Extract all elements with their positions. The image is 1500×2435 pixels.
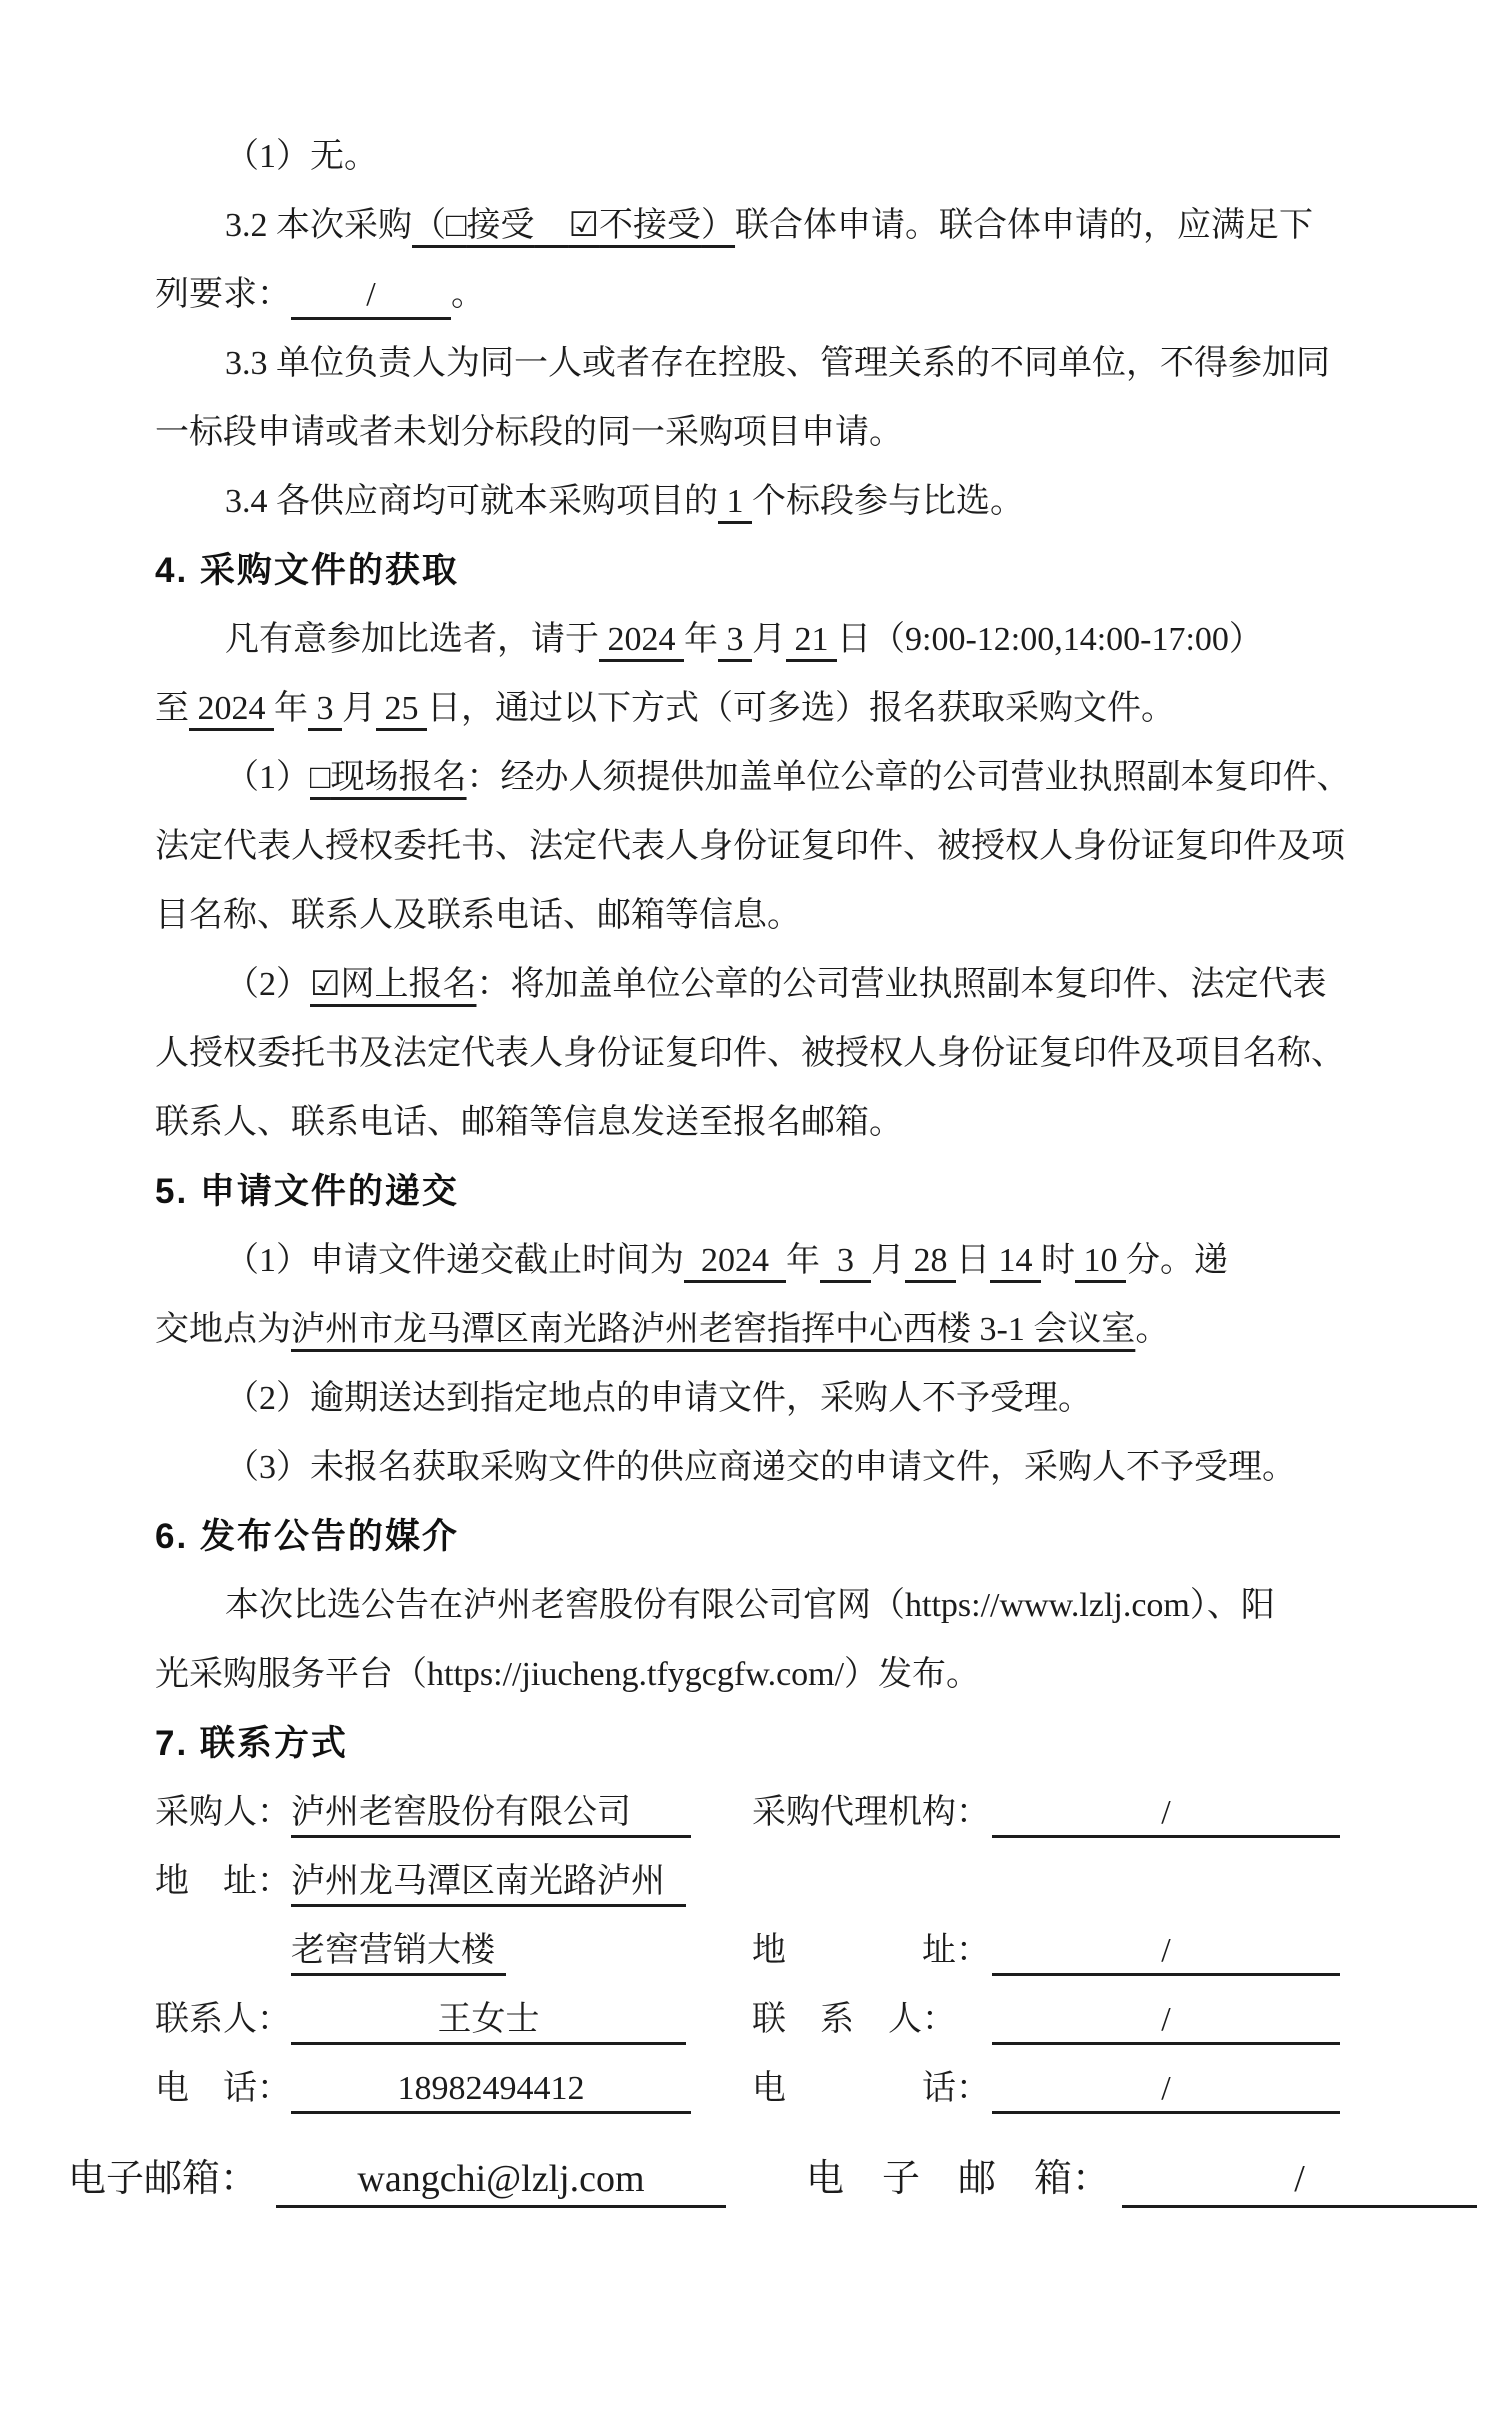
section-5-heading: 5. 申请文件的递交 (155, 1157, 1415, 1226)
reg-method-1-line-3: 目名称、联系人及联系电话、邮箱等信息。 (155, 881, 1415, 950)
agency-address-blank: / (992, 1931, 1340, 1976)
buyer-email-label: 电子邮箱： (68, 2158, 258, 2200)
text-run: （1）无。 (225, 138, 378, 175)
agency-name-blank: / (992, 1793, 1340, 1838)
buyer-name-value: 泸州老窖股份有限公司 (291, 1793, 691, 1838)
buyer-email-value: wangchi@lzlj.com (276, 2158, 726, 2208)
clause-3-2-line-2: 列要求：/。 (155, 260, 1415, 329)
registration-start-year: 2024 (599, 621, 684, 658)
heading-text: 6. 发布公告的媒介 (155, 1517, 459, 1556)
text-run: 个标段参与比选。 (752, 483, 1024, 520)
text-run: （1）申请文件递交截止时间为 (225, 1242, 684, 1279)
section-5-item-3: （3）未报名获取采购文件的供应商递交的申请文件，采购人不予受理。 (155, 1433, 1415, 1502)
contact-person-row: 联系人：王女士联 系 人：/ (155, 1985, 1415, 2054)
checkbox-unchecked-icon: □ (446, 207, 467, 244)
text-run: 。 (451, 276, 485, 313)
reg-method-2-line-1: （2）☑网上报名：将加盖单位公章的公司营业执照副本复印件、法定代表 (155, 950, 1415, 1019)
heading-text: 5. 申请文件的递交 (155, 1172, 459, 1211)
text-run: 月 (752, 621, 786, 658)
buyer-address-value-line2: 老窖营销大楼 (291, 1931, 506, 1976)
text-run: 列要求： (155, 276, 291, 313)
submission-location-value: 泸州市龙马潭区南光路泸州老窖指挥中心西楼 3-1 会议室 (291, 1311, 1135, 1348)
section-6-heading: 6. 发布公告的媒介 (155, 1502, 1415, 1571)
text-run: 人授权委托书及法定代表人身份证复印件、被授权人身份证复印件及项目名称、 (155, 1035, 1345, 1072)
registration-end-year: 2024 (189, 690, 274, 727)
buyer-address-label: 地 址： (155, 1863, 291, 1900)
announcement-media-line-1: 本次比选公告在泸州老窖股份有限公司官网（https://www.lzlj.com… (155, 1571, 1415, 1640)
reg-method-2-line-2: 人授权委托书及法定代表人身份证复印件、被授权人身份证复印件及项目名称、 (155, 1019, 1415, 1088)
text-run: 交地点为 (155, 1311, 291, 1348)
contact-buyer-address-row-1: 地 址：泸州龙马潭区南光路泸州 (155, 1847, 1415, 1916)
section-4-heading: 4. 采购文件的获取 (155, 536, 1415, 605)
agency-email-cell: 电 子 邮 箱：/ (806, 2141, 1477, 2217)
section-4-para-line-1: 凡有意参加比选者，请于 2024 年 3 月 21 日（9:00-12:00,1… (155, 605, 1415, 674)
checkbox-checked-icon: ☑ (310, 966, 340, 1003)
buyer-contact-value: 王女士 (291, 2000, 686, 2045)
text-run: 日，通过以下方式（可多选）报名获取采购文件。 (427, 690, 1175, 727)
text-run: 年 (274, 690, 308, 727)
agency-address-label: 地 址： (752, 1916, 992, 1985)
text-run: （3）未报名获取采购文件的供应商递交的申请文件，采购人不予受理。 (225, 1449, 1296, 1486)
text-run: （ (412, 207, 446, 244)
deadline-day: 28 (905, 1242, 956, 1279)
agency-contact-label: 联 系 人： (752, 1985, 992, 2054)
clause-3-2-line-1: 3.2 本次采购（□接受 ☑不接受）联合体申请。联合体申请的，应满足下 (155, 191, 1415, 260)
accept-option-label: 接受 (467, 207, 535, 244)
text-run: 分。递 (1126, 1242, 1228, 1279)
deadline-hour: 14 (990, 1242, 1041, 1279)
online-registration-label: 网上报名 (340, 966, 476, 1003)
buyer-address-value-line1: 泸州龙马潭区南光路泸州 (291, 1862, 686, 1907)
registration-end-month: 3 (308, 690, 342, 727)
deadline-month: 3 (820, 1242, 871, 1279)
consortium-choice-field: （□接受 ☑不接受） (412, 207, 735, 244)
text-run: 。 (1135, 1311, 1169, 1348)
text-run: ：将加盖单位公章的公司营业执照副本复印件、法定代表 (476, 966, 1326, 1003)
submission-deadline-line-1: （1）申请文件递交截止时间为 2024 年 3 月 28 日 14 时 10 分… (155, 1226, 1415, 1295)
procurement-notice-page: （1）无。 3.2 本次采购（□接受 ☑不接受）联合体申请。联合体申请的，应满足… (0, 0, 1500, 2435)
reg-method-1-line-2: 法定代表人授权委托书、法定代表人身份证复印件、被授权人身份证复印件及项 (155, 812, 1415, 881)
agency-phone-cell: 电 话：/ (752, 2054, 1340, 2123)
contact-buyer-name-row: 采购人：泸州老窖股份有限公司采购代理机构：/ (155, 1778, 1415, 1847)
checkbox-checked-icon: ☑ (569, 207, 599, 244)
online-registration-option: ☑网上报名 (310, 966, 476, 1003)
onsite-registration-label: 现场报名 (331, 759, 467, 796)
agency-phone-label: 电 话： (752, 2054, 992, 2123)
section-4-para-line-2: 至 2024 年 3 月 25 日，通过以下方式（可多选）报名获取采购文件。 (155, 674, 1415, 743)
onsite-registration-option: □现场报名 (310, 759, 467, 796)
text-run: 月 (871, 1242, 905, 1279)
text-run: 3.2 本次采购 (225, 207, 412, 244)
deadline-year: 2024 (684, 1242, 786, 1279)
text-run: 至 (155, 690, 189, 727)
text-run (535, 207, 569, 244)
text-run: 光采购服务平台（https://jiucheng.tfygcgfw.com/）发… (155, 1656, 980, 1693)
agency-email-blank: / (1122, 2158, 1477, 2208)
text-run: （2）逾期送达到指定地点的申请文件，采购人不予受理。 (225, 1380, 1092, 1417)
text-run: 年 (684, 621, 718, 658)
agency-contact-blank: / (992, 2000, 1340, 2045)
contact-phone-row: 电 话：18982494412电 话：/ (155, 2054, 1415, 2123)
submission-deadline-line-2: 交地点为泸州市龙马潭区南光路泸州老窖指挥中心西楼 3-1 会议室。 (155, 1295, 1415, 1364)
contact-email-row: 电子邮箱：wangchi@lzlj.com电 子 邮 箱：/ (68, 2141, 1415, 2217)
text-run: 本次比选公告在泸州老窖股份有限公司官网（https://www.lzlj.com… (225, 1587, 1275, 1624)
clause-3-1-item-1: （1）无。 (155, 122, 1415, 191)
agency-label: 采购代理机构： (752, 1778, 992, 1847)
buyer-contact-label: 联系人： (155, 2001, 291, 2038)
buyer-label: 采购人： (155, 1794, 291, 1831)
text-run: 法定代表人授权委托书、法定代表人身份证复印件、被授权人身份证复印件及项 (155, 828, 1345, 865)
text-run: （1） (225, 759, 310, 796)
registration-start-month: 3 (718, 621, 752, 658)
text-run: 日（9:00-12:00,14:00-17:00） (837, 621, 1263, 658)
reg-method-2-line-3: 联系人、联系电话、邮箱等信息发送至报名邮箱。 (155, 1088, 1415, 1157)
buyer-phone-value: 18982494412 (291, 2069, 691, 2114)
section-5-item-2: （2）逾期送达到指定地点的申请文件，采购人不予受理。 (155, 1364, 1415, 1433)
text-run: 凡有意参加比选者，请于 (225, 621, 599, 658)
text-run: 目名称、联系人及联系电话、邮箱等信息。 (155, 897, 801, 934)
reject-option-label: 不接受 (599, 207, 701, 244)
announcement-media-line-2: 光采购服务平台（https://jiucheng.tfygcgfw.com/）发… (155, 1640, 1415, 1709)
checkbox-unchecked-icon: □ (310, 759, 331, 796)
text-run: 联合体申请。联合体申请的，应满足下 (735, 207, 1313, 244)
agency-address-cell: 地 址：/ (752, 1916, 1340, 1985)
reg-method-1-line-1: （1）□现场报名：经办人须提供加盖单位公章的公司营业执照副本复印件、 (155, 743, 1415, 812)
blank-field-slash: / (291, 275, 451, 320)
text-run: 3.4 各供应商均可就本采购项目的 (225, 483, 718, 520)
heading-text: 4. 采购文件的获取 (155, 551, 459, 590)
clause-3-3-line-1: 3.3 单位负责人为同一人或者存在控股、管理关系的不同单位，不得参加同 (155, 329, 1415, 398)
text-run: 3.3 单位负责人为同一人或者存在控股、管理关系的不同单位，不得参加同 (225, 345, 1330, 382)
text-run: 年 (786, 1242, 820, 1279)
page-content: （1）无。 3.2 本次采购（□接受 ☑不接受）联合体申请。联合体申请的，应满足… (0, 0, 1415, 2217)
text-run: 月 (342, 690, 376, 727)
buyer-phone-label: 电 话： (155, 2070, 291, 2107)
text-run: 时 (1041, 1242, 1075, 1279)
clause-3-3-line-2: 一标段申请或者未划分标段的同一采购项目申请。 (155, 398, 1415, 467)
registration-start-day: 21 (786, 621, 837, 658)
agency-email-label: 电 子 邮 箱： (806, 2158, 1110, 2200)
text-run: 一标段申请或者未划分标段的同一采购项目申请。 (155, 414, 903, 451)
registration-end-day: 25 (376, 690, 427, 727)
clause-3-4: 3.4 各供应商均可就本采购项目的 1 个标段参与比选。 (155, 467, 1415, 536)
agency-name-cell: 采购代理机构：/ (752, 1778, 1340, 1847)
text-run: 日 (956, 1242, 990, 1279)
lot-count-value: 1 (718, 483, 752, 520)
contact-buyer-address-row-2: 老窖营销大楼地 址：/ (155, 1916, 1415, 1985)
text-run: （2） (225, 966, 310, 1003)
text-run: ：经办人须提供加盖单位公章的公司营业执照副本复印件、 (467, 759, 1351, 796)
heading-text: 7. 联系方式 (155, 1724, 348, 1763)
agency-phone-blank: / (992, 2069, 1340, 2114)
text-run: ） (701, 207, 735, 244)
agency-contact-cell: 联 系 人：/ (752, 1985, 1340, 2054)
section-7-heading: 7. 联系方式 (155, 1709, 1415, 1778)
deadline-minute: 10 (1075, 1242, 1126, 1279)
text-run: 联系人、联系电话、邮箱等信息发送至报名邮箱。 (155, 1104, 903, 1141)
